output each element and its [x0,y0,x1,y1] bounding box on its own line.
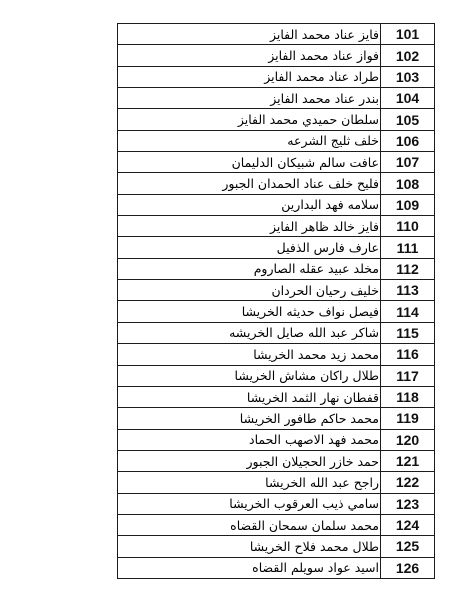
table-row: فيصل نواف حديثه الخريشا 114 [118,301,435,322]
table-row: محمد فهد الاصهب الحماد 120 [118,429,435,450]
person-name: اسيد عواد سويلم القضاه [118,557,381,578]
table-row: بندر عناد محمد الفايز 104 [118,88,435,109]
row-number: 124 [381,514,435,535]
table-row: قفطان نهار الثمد الخريشا 118 [118,386,435,407]
row-number: 111 [381,237,435,258]
row-number: 105 [381,109,435,130]
row-number: 112 [381,258,435,279]
table-row: حمد خازر الحجيلان الجبور 121 [118,450,435,471]
table-row: فايز عناد محمد الفايز 101 [118,24,435,45]
person-name: سلطان حميدي محمد الفايز [118,109,381,130]
row-number: 126 [381,557,435,578]
row-number: 106 [381,130,435,151]
person-name: فواز عناد محمد الفايز [118,45,381,66]
person-name: مخلد عبيد عقله الصاروم [118,258,381,279]
names-table: فايز عناد محمد الفايز 101 فواز عناد محمد… [117,23,435,579]
row-number: 115 [381,322,435,343]
person-name: محمد حاكم طافور الخريشا [118,408,381,429]
table-row: طلال محمد فلاح الخريشا 125 [118,536,435,557]
person-name: قفطان نهار الثمد الخريشا [118,386,381,407]
table-row: سلامه فهد البدارين 109 [118,194,435,215]
person-name: عارف فارس الذفيل [118,237,381,258]
row-number: 116 [381,344,435,365]
person-name: فيصل نواف حديثه الخريشا [118,301,381,322]
person-name: سلامه فهد البدارين [118,194,381,215]
row-number: 104 [381,88,435,109]
row-number: 103 [381,66,435,87]
table-row: عارف فارس الذفيل 111 [118,237,435,258]
row-number: 108 [381,173,435,194]
table-row: فواز عناد محمد الفايز 102 [118,45,435,66]
table-row: فليح خلف عناد الحمدان الجبور 108 [118,173,435,194]
row-number: 120 [381,429,435,450]
row-number: 123 [381,493,435,514]
table-row: طلال راكان مشاش الخريشا 117 [118,365,435,386]
table-row: محمد زيد محمد الخريشا 116 [118,344,435,365]
table-row: مخلد عبيد عقله الصاروم 112 [118,258,435,279]
table-row: خلف ثليج الشرعه 106 [118,130,435,151]
row-number: 113 [381,280,435,301]
person-name: سامي ذيب العرقوب الخريشا [118,493,381,514]
row-number: 107 [381,152,435,173]
row-number: 117 [381,365,435,386]
person-name: عافت سالم شبيكان الدليمان [118,152,381,173]
person-name: طراد عناد محمد الفايز [118,66,381,87]
person-name: محمد فهد الاصهب الحماد [118,429,381,450]
table-row: طراد عناد محمد الفايز 103 [118,66,435,87]
table-row: سلطان حميدي محمد الفايز 105 [118,109,435,130]
row-number: 125 [381,536,435,557]
person-name: خلف ثليج الشرعه [118,130,381,151]
names-table-body: فايز عناد محمد الفايز 101 فواز عناد محمد… [118,24,435,579]
person-name: شاكر عبد الله صايل الخريشه [118,322,381,343]
table-row: محمد سلمان سمحان القضاه 124 [118,514,435,535]
row-number: 101 [381,24,435,45]
person-name: فليح خلف عناد الحمدان الجبور [118,173,381,194]
table-row: خليف رحيان الحردان 113 [118,280,435,301]
row-number: 122 [381,472,435,493]
person-name: فايز خالد ظاهر الفايز [118,216,381,237]
table-row: شاكر عبد الله صايل الخريشه 115 [118,322,435,343]
document-page: فايز عناد محمد الفايز 101 فواز عناد محمد… [0,0,469,600]
person-name: راجح عبد الله الخريشا [118,472,381,493]
person-name: حمد خازر الحجيلان الجبور [118,450,381,471]
person-name: طلال راكان مشاش الخريشا [118,365,381,386]
person-name: خليف رحيان الحردان [118,280,381,301]
row-number: 114 [381,301,435,322]
person-name: طلال محمد فلاح الخريشا [118,536,381,557]
table-row: راجح عبد الله الخريشا 122 [118,472,435,493]
person-name: بندر عناد محمد الفايز [118,88,381,109]
table-row: سامي ذيب العرقوب الخريشا 123 [118,493,435,514]
person-name: محمد سلمان سمحان القضاه [118,514,381,535]
table-row: اسيد عواد سويلم القضاه 126 [118,557,435,578]
row-number: 109 [381,194,435,215]
table-row: محمد حاكم طافور الخريشا 119 [118,408,435,429]
table-row: فايز خالد ظاهر الفايز 110 [118,216,435,237]
row-number: 121 [381,450,435,471]
row-number: 102 [381,45,435,66]
table-row: عافت سالم شبيكان الدليمان 107 [118,152,435,173]
row-number: 110 [381,216,435,237]
person-name: محمد زيد محمد الخريشا [118,344,381,365]
row-number: 118 [381,386,435,407]
person-name: فايز عناد محمد الفايز [118,24,381,45]
row-number: 119 [381,408,435,429]
